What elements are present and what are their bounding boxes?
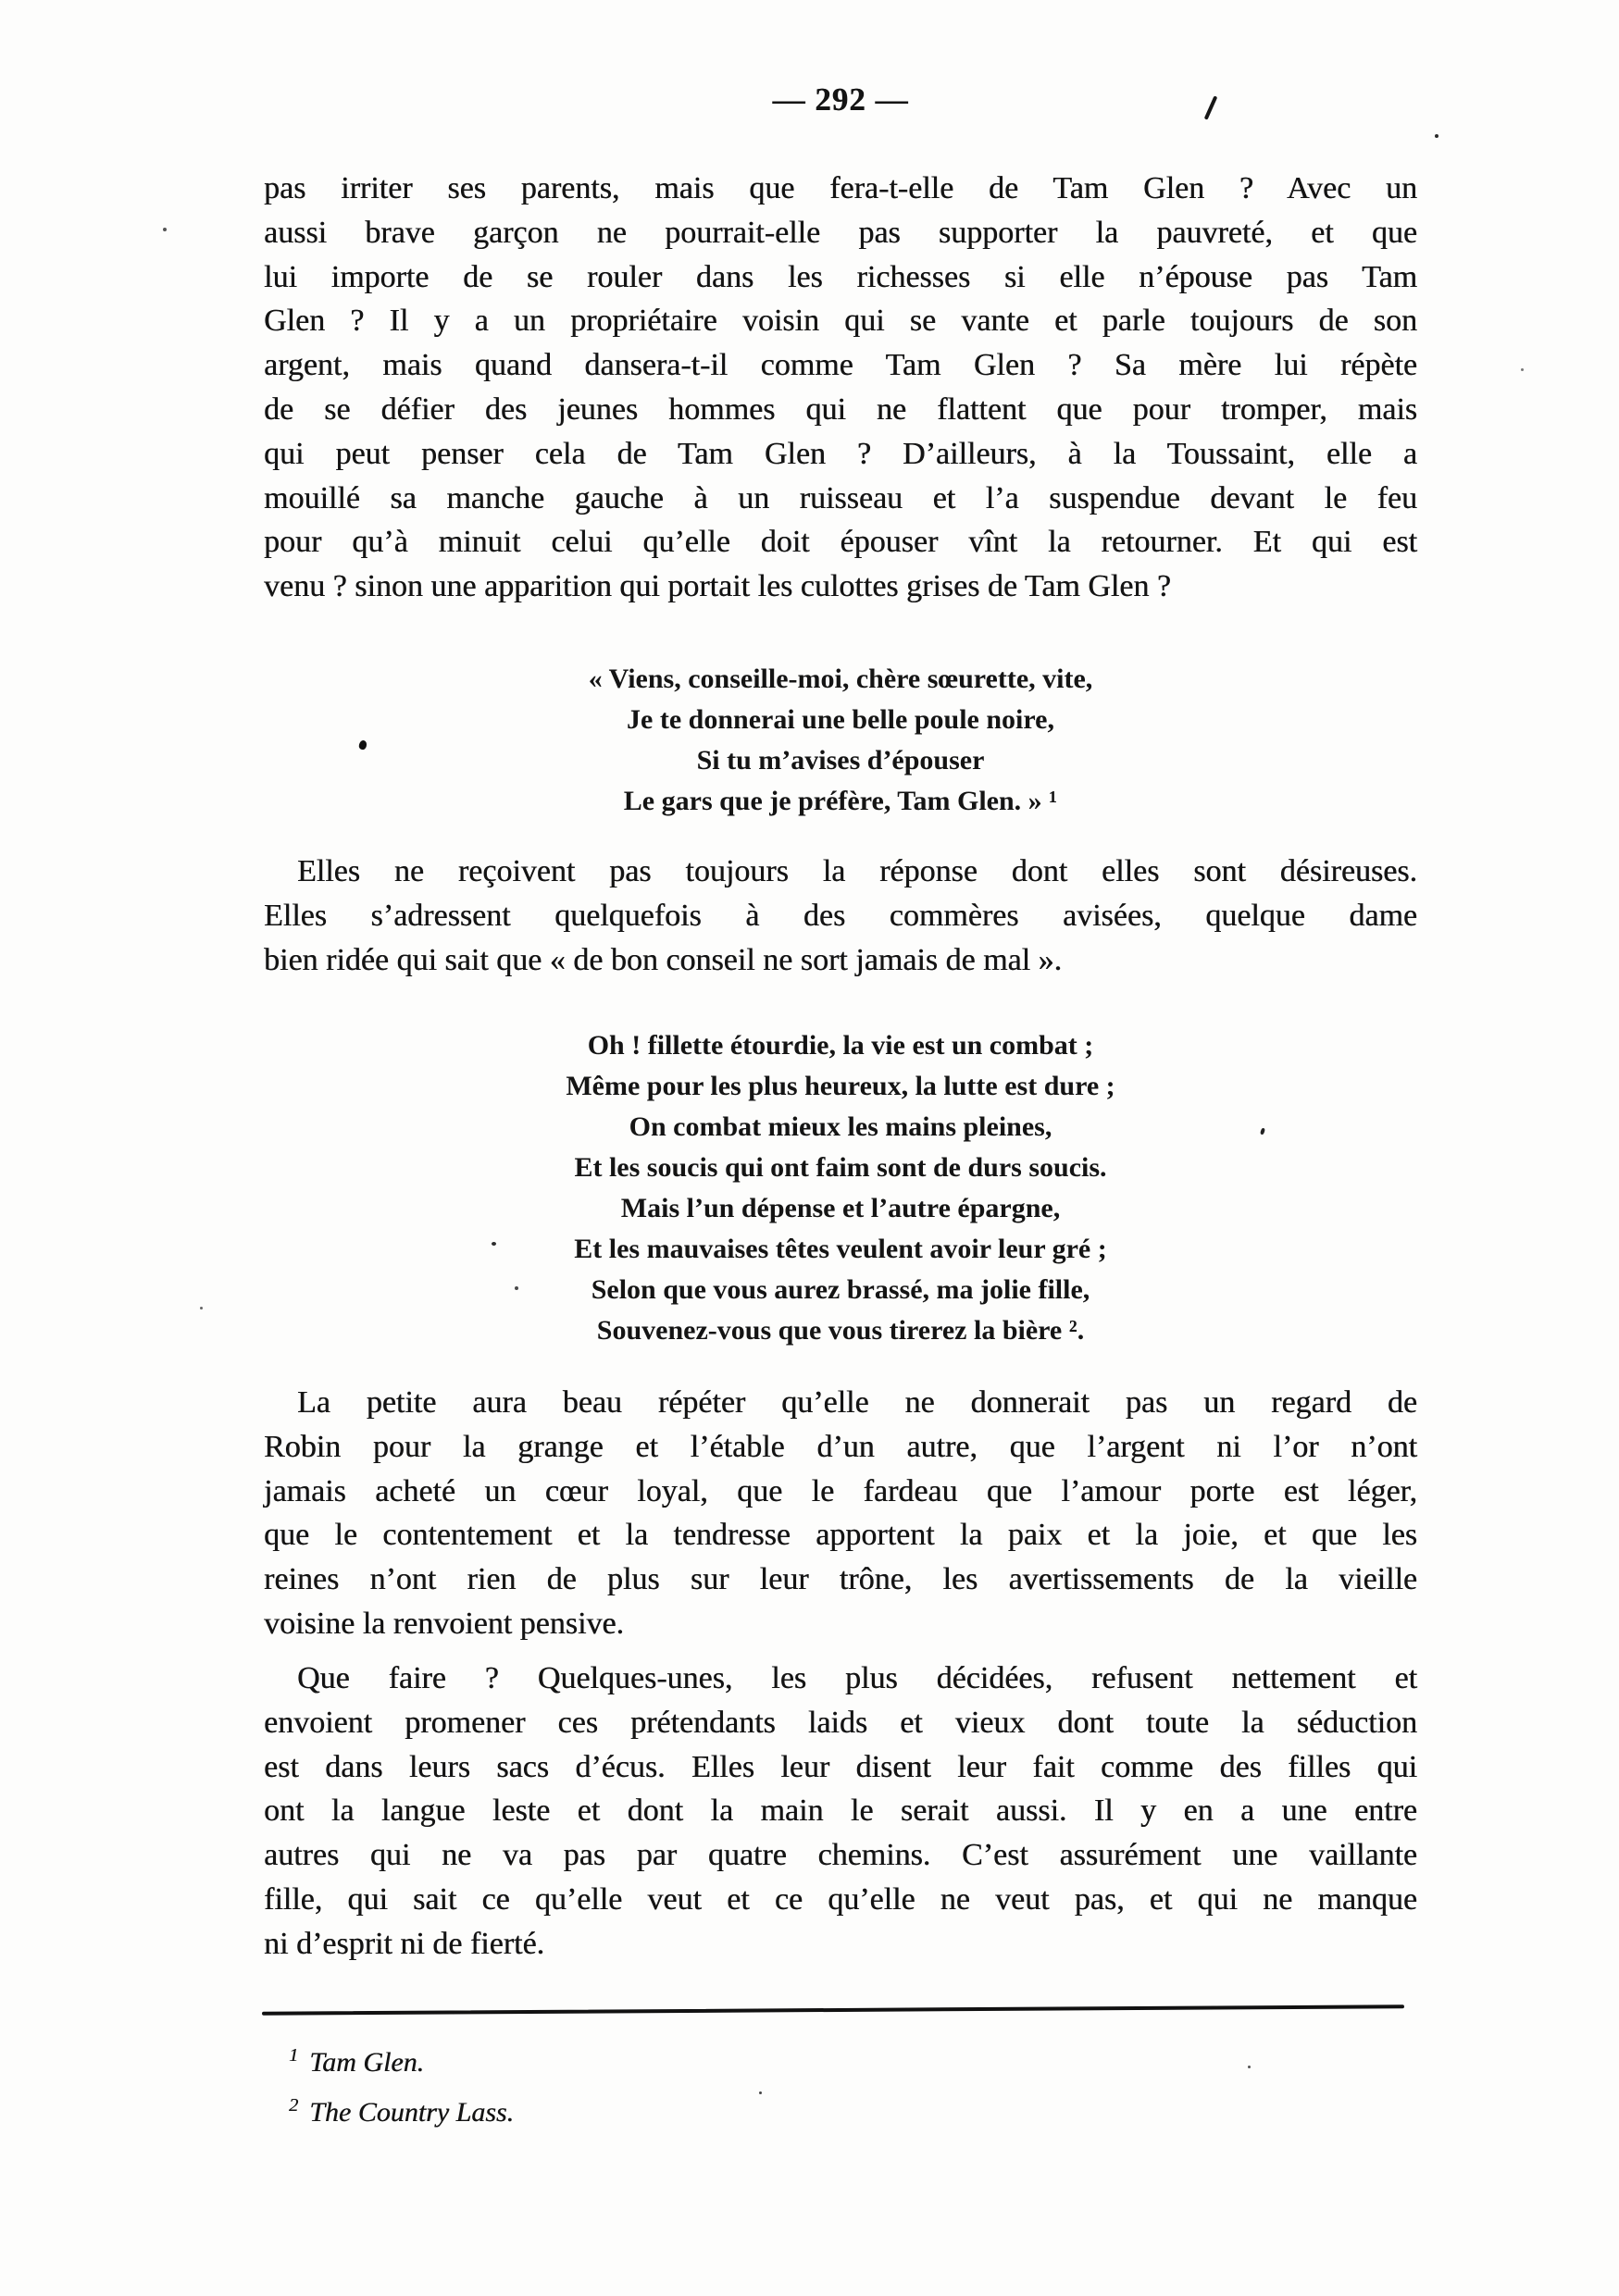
paragraph-2: Elles ne reçoivent pas toujours la répon…: [264, 850, 1417, 982]
text-line: Même pour les plus heureux, la lutte est…: [264, 1066, 1417, 1107]
text-line: jamais acheté un cœur loyal, que le fard…: [264, 1470, 1417, 1514]
text-line: envoient promener ces prétendants laids …: [264, 1701, 1417, 1745]
text-line: pas irriter ses parents, mais que fera-t…: [264, 167, 1417, 211]
footnote-2: 2The Country Lass.: [289, 2084, 514, 2134]
text-line: de se défier des jeunes hommes qui ne fl…: [264, 388, 1417, 432]
page-number: — 292 —: [264, 81, 1417, 118]
footnote-marker: 2: [289, 2095, 298, 2116]
text-line: Mais l’un dépense et l’autre épargne,: [264, 1188, 1417, 1229]
paragraph-3: La petite aura beau répéter qu’elle ne d…: [264, 1381, 1417, 1646]
text-line: Et les mauvaises têtes veulent avoir leu…: [264, 1229, 1417, 1270]
footnote-text: The Country Lass.: [309, 2097, 514, 2128]
footnote-marker: 1: [289, 2045, 298, 2066]
text-line: bien ridée qui sait que « de bon conseil…: [264, 938, 1417, 983]
text-line: autres qui ne va pas par quatre chemins.…: [264, 1833, 1417, 1878]
text-line: est dans leurs sacs d’écus. Elles leur d…: [264, 1745, 1417, 1790]
book-page: — 292 — pas irriter ses parents, mais qu…: [0, 0, 1619, 2296]
text-line: pour qu’à minuit celui qu’elle doit épou…: [264, 520, 1417, 565]
text-line: Souvenez-vous que vous tirerez la bière …: [264, 1310, 1417, 1351]
footnote-1: 1Tam Glen.: [289, 2034, 514, 2084]
text-line: ni d’esprit ni de fierté.: [264, 1922, 1417, 1967]
text-line: Oh ! fillette étourdie, la vie est un co…: [264, 1025, 1417, 1066]
text-line: Le gars que je préfère, Tam Glen. » ¹: [264, 781, 1417, 822]
ink-speck: [1521, 368, 1524, 371]
text-line: fille, qui sait ce qu’elle veut et ce qu…: [264, 1878, 1417, 1922]
text-line: mouillé sa manche gauche à un ruisseau e…: [264, 477, 1417, 521]
footnotes: 1Tam Glen. 2The Country Lass.: [289, 2034, 514, 2134]
text-line: ont la langue leste et dont la main le s…: [264, 1789, 1417, 1833]
text-line: Glen ? Il y a un propriétaire voisin qui…: [264, 299, 1417, 343]
text-line: Selon que vous aurez brassé, ma jolie fi…: [264, 1270, 1417, 1310]
verse-quote-country-lass: Oh ! fillette étourdie, la vie est un co…: [264, 1025, 1417, 1351]
text-line: venu ? sinon une apparition qui portait …: [264, 565, 1417, 609]
paragraph-4: Que faire ? Quelques-unes, les plus déci…: [264, 1657, 1417, 1967]
footnote-text: Tam Glen.: [309, 2047, 424, 2078]
footnote-divider: [262, 2004, 1404, 2016]
ink-speck: [163, 228, 167, 231]
text-line: que le contentement et la tendresse appo…: [264, 1513, 1417, 1558]
text-line: argent, mais quand dansera-t-il comme Ta…: [264, 343, 1417, 388]
text-line: aussi brave garçon ne pourrait-elle pas …: [264, 211, 1417, 255]
ink-speck: [759, 2091, 762, 2094]
text-line: Elles ne reçoivent pas toujours la répon…: [264, 850, 1417, 894]
text-line: La petite aura beau répéter qu’elle ne d…: [264, 1381, 1417, 1425]
text-line: Robin pour la grange et l’étable d’un au…: [264, 1425, 1417, 1470]
text-line: Que faire ? Quelques-unes, les plus déci…: [264, 1657, 1417, 1701]
text-line: On combat mieux les mains pleines,: [264, 1107, 1417, 1148]
text-line: Et les soucis qui ont faim sont de durs …: [264, 1148, 1417, 1188]
ink-speck: [200, 1307, 203, 1309]
verse-quote-tam-glen: « Viens, conseille-moi, chère sœurette, …: [264, 659, 1417, 822]
text-line: voisine la renvoient pensive.: [264, 1602, 1417, 1646]
text-line: lui importe de se rouler dans les riches…: [264, 255, 1417, 300]
text-line: « Viens, conseille-moi, chère sœurette, …: [264, 659, 1417, 700]
text-line: Je te donnerai une belle poule noire,: [264, 700, 1417, 740]
text-line: Elles s’adressent quelquefois à des comm…: [264, 894, 1417, 938]
text-line: qui peut penser cela de Tam Glen ? D’ail…: [264, 432, 1417, 477]
text-line: Si tu m’avises d’épouser: [264, 740, 1417, 781]
ink-speck: [1248, 2066, 1251, 2068]
ink-speck: [1435, 134, 1438, 138]
text-line: reines n’ont rien de plus sur leur trône…: [264, 1558, 1417, 1602]
paragraph-continuation: pas irriter ses parents, mais que fera-t…: [264, 167, 1417, 609]
